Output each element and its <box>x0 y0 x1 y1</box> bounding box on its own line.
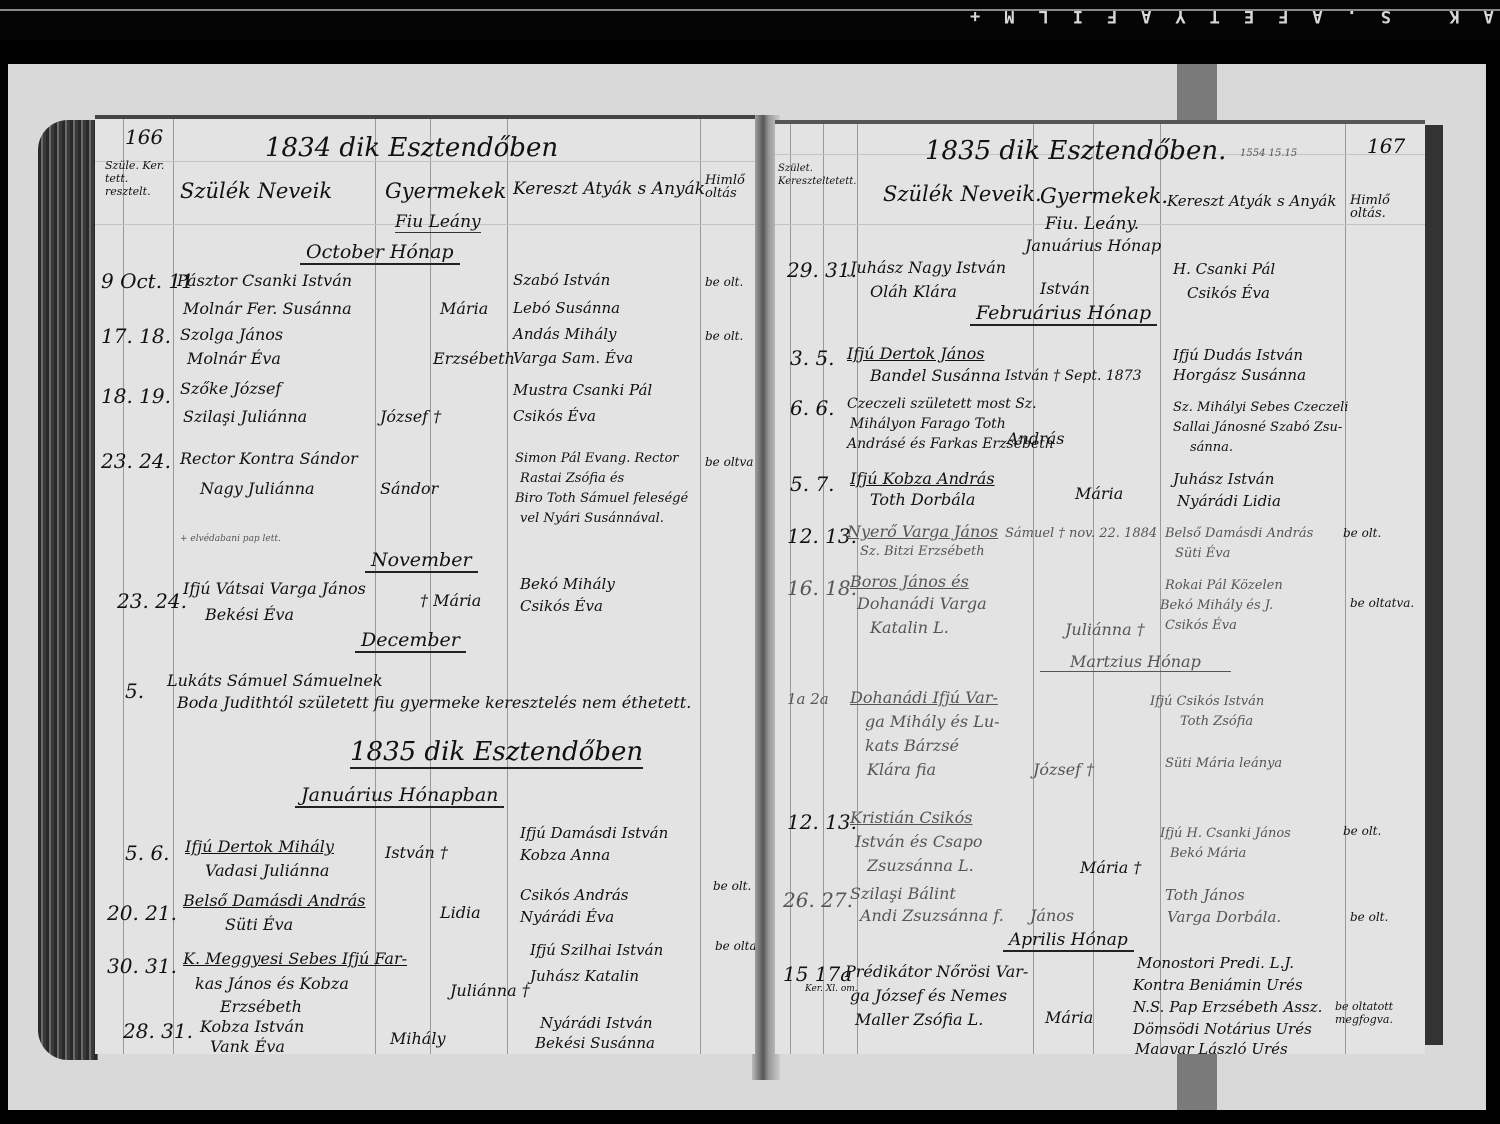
year-heading: 1835 dik Esztendőben <box>350 737 643 769</box>
col-parents-header: Szülék Neveik. <box>883 182 1042 206</box>
month-heading: December <box>355 629 466 653</box>
book-right-edge <box>1425 125 1443 1045</box>
col-children-header: Gyermekek. <box>1040 184 1168 208</box>
col-dates-header: Szület. Kereszteltetett. <box>778 162 856 188</box>
year-heading: 1834 dik Esztendőben <box>265 133 558 163</box>
col-godparents-header: Kereszt Atyák s Anyák <box>513 179 705 199</box>
col-child-sub-header: Fiu Leány <box>395 212 481 233</box>
left-page: 166 1834 dik Esztendőben Szüle. Ker. tet… <box>95 115 755 1054</box>
col-godparents-header: Kereszt Atyák s Anyák <box>1167 192 1336 210</box>
pencil-note: 1554 15.15 <box>1240 148 1297 159</box>
right-page: 167 1554 15.15 1835 dik Esztendőben. Szü… <box>775 120 1425 1054</box>
col-dates-header: Szüle. Ker. tett. resztelt. <box>105 159 175 198</box>
month-heading: November <box>365 549 478 573</box>
year-heading: 1835 dik Esztendőben. <box>925 136 1226 166</box>
month-heading: Aprilis Hónap <box>1003 930 1134 952</box>
month-heading: Februárius Hónap <box>970 302 1157 326</box>
film-edge-text: AK S.AFETYAFILM+ <box>946 6 1494 26</box>
microfilm-edge: AK S.AFETYAFILM+ <box>0 0 1500 40</box>
month-heading: October Hónap <box>300 241 460 265</box>
month-heading: Januárius Hónap <box>1025 236 1161 255</box>
month-heading: Martzius Hónap <box>1040 652 1231 672</box>
book-page-edges <box>38 120 98 1060</box>
col-vaccination-header: Himlő oltás <box>705 174 753 200</box>
month-heading: Januárius Hónapban <box>295 784 504 808</box>
page-number: 167 <box>1367 134 1405 158</box>
col-child-sub-header: Fiu. Leány. <box>1045 214 1139 234</box>
margin-note: + elvédabani pap lett. <box>180 534 281 544</box>
col-parents-header: Szülék Neveik <box>180 179 332 203</box>
col-children-header: Gyermekek <box>385 179 506 203</box>
col-vaccination-header: Himlő oltás. <box>1350 194 1402 220</box>
page-number: 166 <box>125 125 163 149</box>
